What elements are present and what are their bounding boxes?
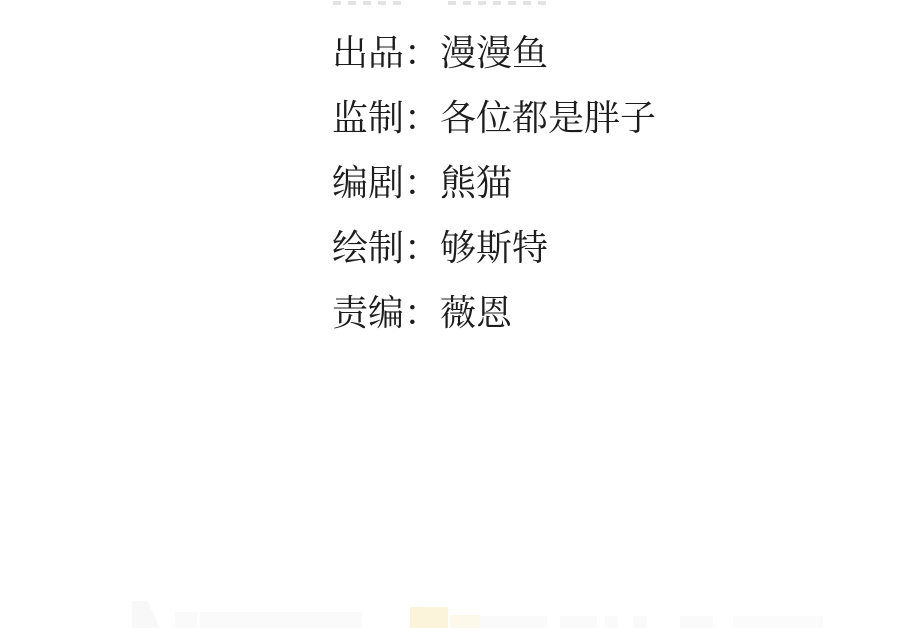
credit-role-label: 责编： bbox=[332, 292, 440, 333]
next-panel-remnant bbox=[450, 615, 480, 628]
next-panel-remnant bbox=[733, 616, 823, 628]
credit-name-value: 熊猫 bbox=[440, 162, 512, 203]
comic-credits-page: 出品：漫漫鱼 监制：各位都是胖子 编剧：熊猫 绘制：够斯特 责编：薇恩 bbox=[0, 0, 900, 628]
credit-name-value: 各位都是胖子 bbox=[440, 97, 656, 138]
credit-role-label: 编剧： bbox=[332, 162, 440, 203]
next-panel-remnant bbox=[605, 616, 618, 628]
credits-list: 出品：漫漫鱼 监制：各位都是胖子 编剧：熊猫 绘制：够斯特 责编：薇恩 bbox=[332, 20, 656, 345]
credit-name-value: 薇恩 bbox=[440, 292, 512, 333]
next-panel-remnant bbox=[480, 616, 547, 628]
next-panel-remnant bbox=[680, 616, 713, 628]
next-panel-remnant bbox=[410, 607, 448, 628]
next-panel-remnant bbox=[132, 601, 160, 628]
next-panel-remnant bbox=[175, 612, 197, 628]
credit-line-editor: 责编：薇恩 bbox=[332, 280, 656, 345]
credit-role-label: 出品： bbox=[332, 32, 440, 73]
credit-role-label: 绘制： bbox=[332, 227, 440, 268]
next-panel-remnant bbox=[560, 616, 597, 628]
credit-name-value: 够斯特 bbox=[440, 227, 548, 268]
credit-line-artist: 绘制：够斯特 bbox=[332, 215, 656, 280]
next-panel-remnant bbox=[200, 612, 362, 628]
cropped-text-remnant bbox=[448, 1, 547, 5]
next-panel-remnant bbox=[633, 616, 647, 628]
credit-line-screenwriter: 编剧：熊猫 bbox=[332, 150, 656, 215]
credit-line-supervisor: 监制：各位都是胖子 bbox=[332, 85, 656, 150]
credit-name-value: 漫漫鱼 bbox=[440, 32, 548, 73]
credit-line-producer: 出品：漫漫鱼 bbox=[332, 20, 656, 85]
cropped-text-remnant bbox=[333, 1, 406, 5]
credit-role-label: 监制： bbox=[332, 97, 440, 138]
